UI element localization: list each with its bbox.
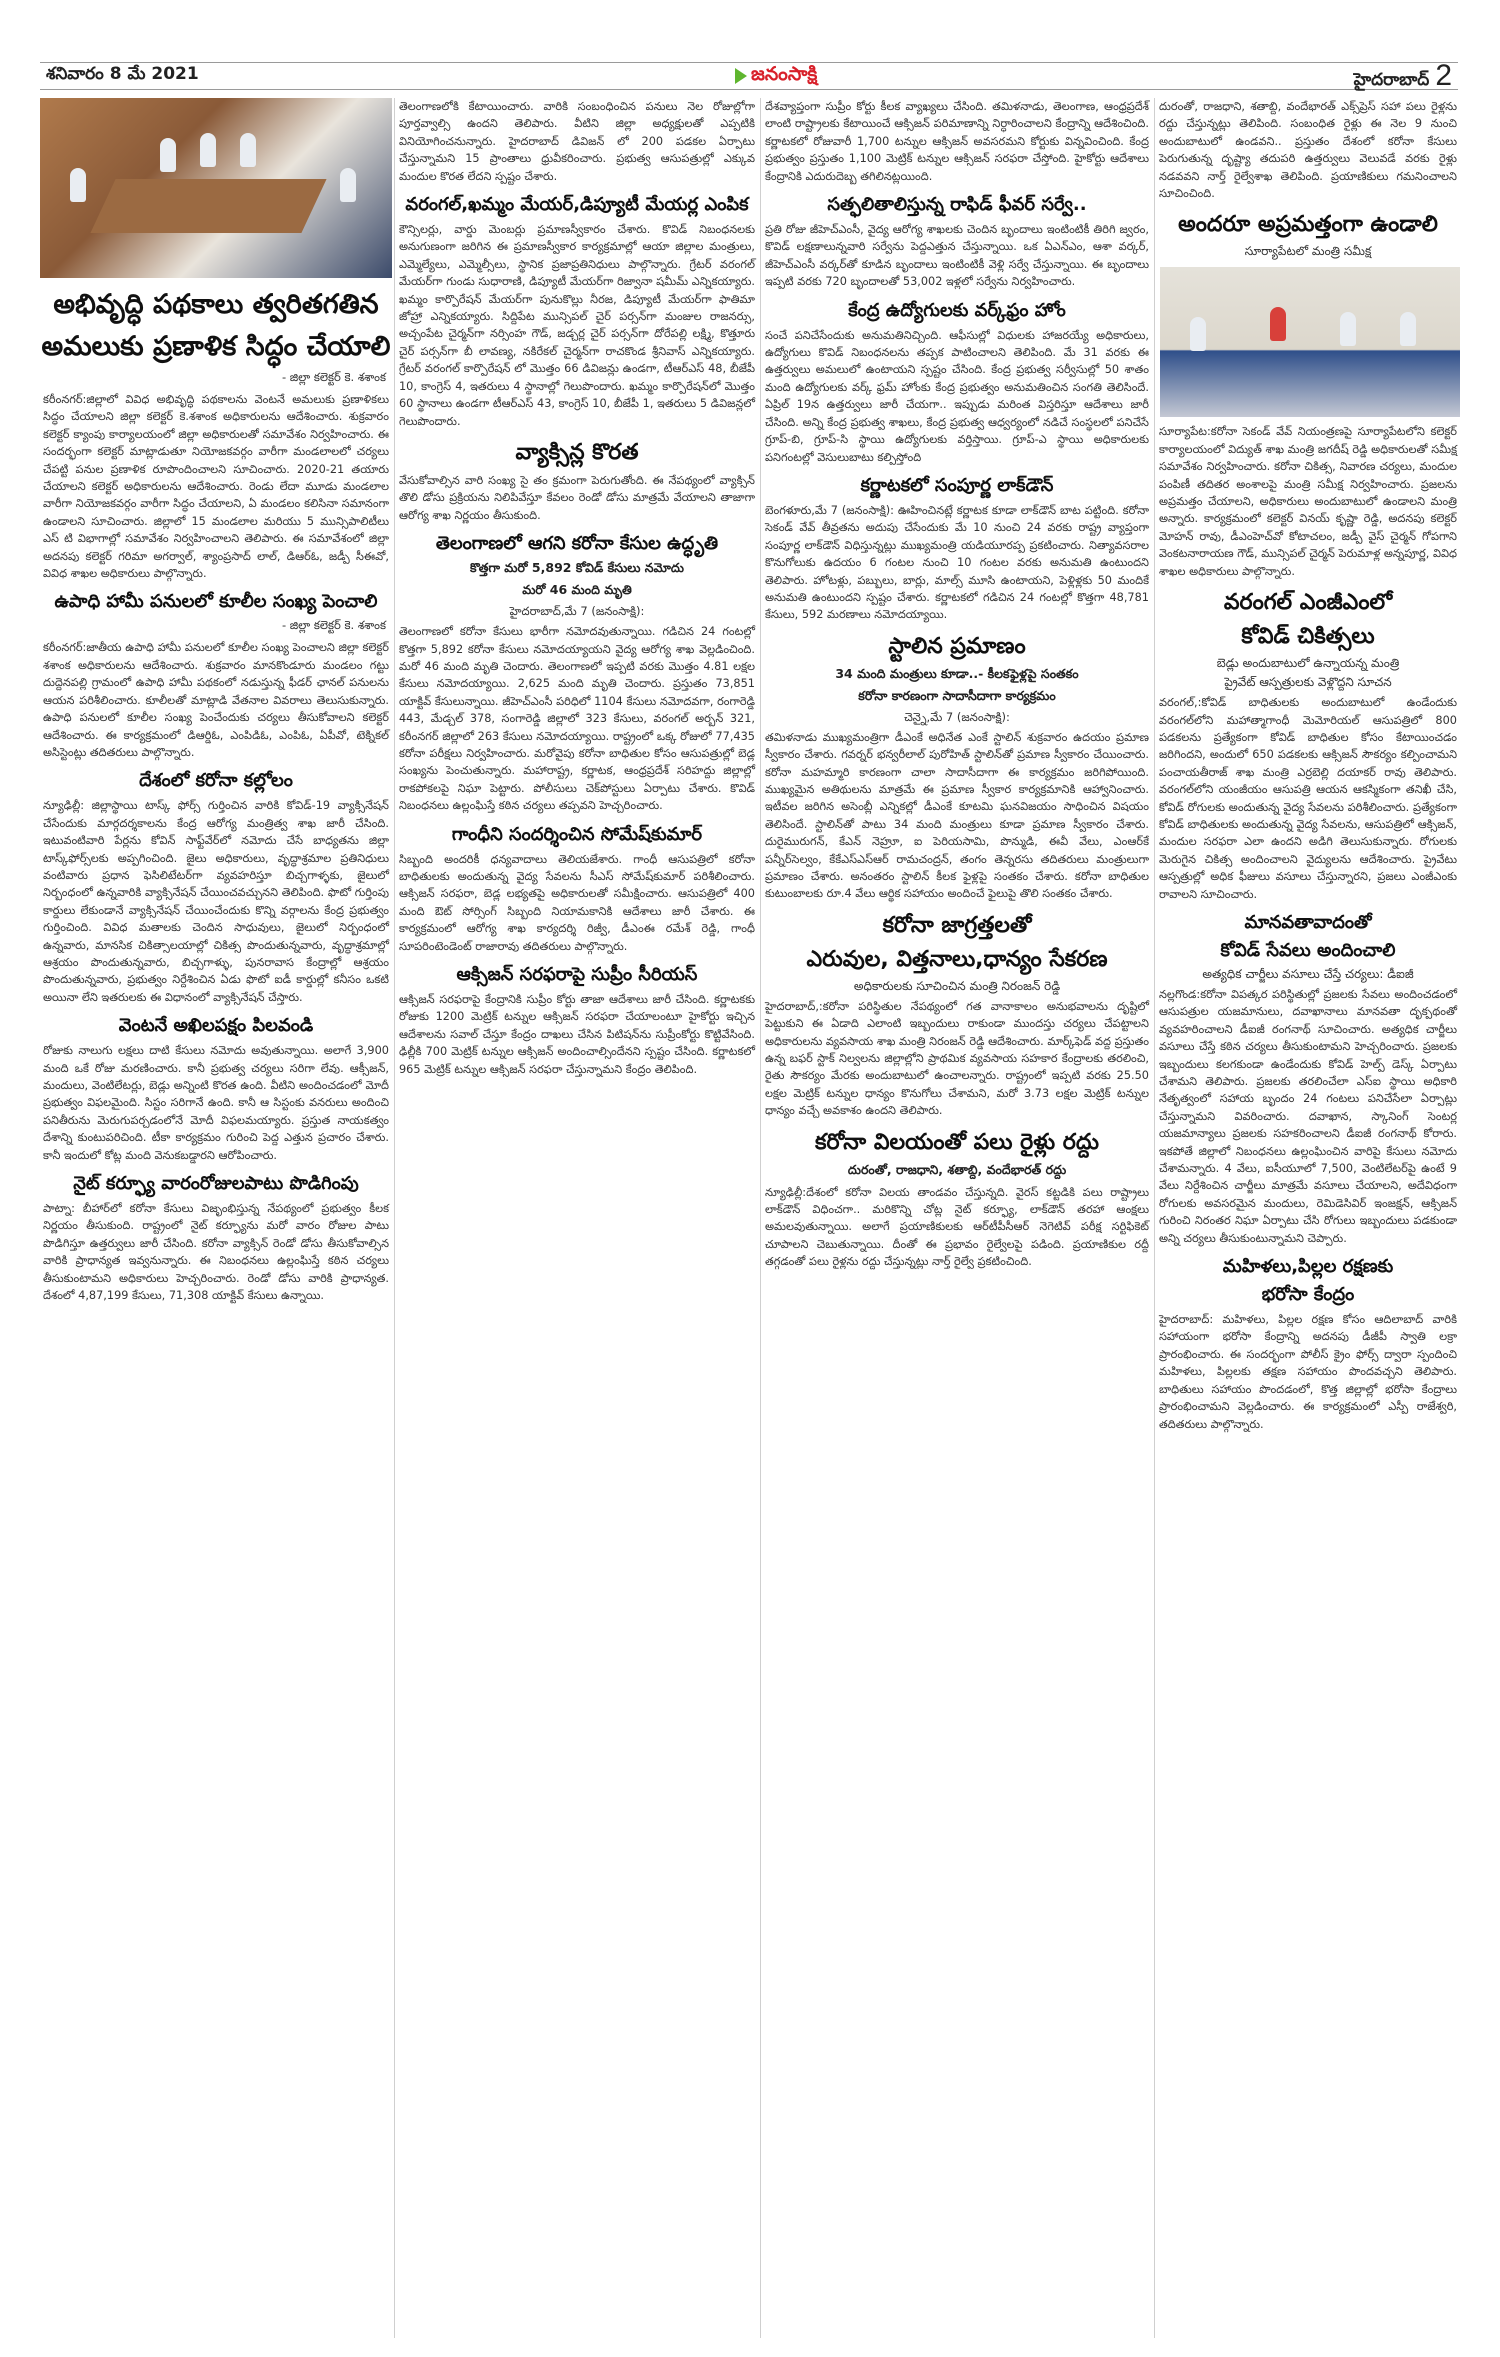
lead-byline: - జిల్లా కలెక్టర్ కె. శశాంక <box>46 370 386 387</box>
article-work-from-home[interactable]: కేంద్ర ఉద్యోగులకు వర్క్‌ఫ్రం హోం సంచే పన… <box>762 299 1152 466</box>
headline: కర్ణాటకలో సంపూర్ణ లాక్‌డౌన్ <box>762 474 1152 498</box>
review-photo[interactable] <box>1160 267 1460 417</box>
page-number: 2 <box>1435 59 1452 93</box>
article-body: కౌన్సిలర్లు, వార్డు మెంబర్లు ప్రమాణస్వీక… <box>399 221 755 430</box>
article-body: తమిళనాడు ముఖ్యమంత్రిగా డీఎంకే అధినేత ఎంక… <box>765 729 1149 903</box>
photo-person <box>1270 307 1286 341</box>
column-divider <box>1154 98 1155 2338</box>
photo-person <box>1340 312 1356 346</box>
article-body: పాట్నా: బీహార్‌లో కరోనా కేసులు విజృంభిస్… <box>43 1200 389 1304</box>
article-body: హైదరాబాద్: మహిళలు, పిల్లల రక్షణ కోసం ఆది… <box>1159 1311 1457 1433</box>
lead-body: కరీంనగర్:జిల్లాలో వివిధ అభివృద్ధి పథకాలన… <box>43 391 389 582</box>
subheadline: కొత్తగా మరో 5,892 కోవిడ్ కేసులు నమోదు <box>396 560 758 579</box>
headline-2: కోవిడ్ సేవలు అందించాలి <box>1156 939 1460 963</box>
subheadline: ప్రైవేట్ ఆస్పత్రులకు వెళ్లొద్దని సూచన <box>1156 675 1460 692</box>
subheadline: అత్యధిక చార్జీలు వసూలు చేస్తే చర్యలు: డీ… <box>1156 967 1460 984</box>
headline-1: మానవతావాదంతో <box>1156 911 1460 935</box>
article-upadhi-hami[interactable]: ఉపాధి హామీ పనులలో కూలీల సంఖ్య పెంచాలి - … <box>40 590 392 761</box>
article-telangana-cases[interactable]: తెలంగాణలో ఆగని కరోనా కేసుల ఉద్ధృతి కొత్త… <box>396 532 758 814</box>
lead-headline-1: అభివృద్ధి పథకాలు త్వరితగతిన <box>40 286 392 324</box>
headline: ఆక్సిజన్ సరఫరాపై సుప్రీం సీరియస్ <box>396 963 758 987</box>
logo-triangle-icon <box>735 68 747 84</box>
article-trains-cancelled[interactable]: కరోనా విలయంతో పలు రైళ్లు రద్దు దురంతో, ర… <box>762 1128 1152 1271</box>
article-humanitarian-services[interactable]: మానవతావాదంతో కోవిడ్ సేవలు అందించాలి అత్య… <box>1156 911 1460 1247</box>
photo-table-shape <box>91 179 327 233</box>
article-karnataka-lockdown[interactable]: కర్ణాటకలో సంపూర్ణ లాక్‌డౌన్ బెంగళూరు,మే … <box>762 474 1152 624</box>
article-body: ఆక్సిజన్ సరఫరాపై కేంద్రానికి సుప్రీం కోర… <box>399 991 755 1078</box>
article-mgm-covid[interactable]: వరంగల్ ఎంజీఎంలో కోవిడ్ చికిత్సలు బెడ్లు … <box>1156 588 1460 903</box>
article-night-curfew[interactable]: నైట్ కర్ఫ్యూ వారంరోజులపాటు పొడిగింపు పాట… <box>40 1172 392 1304</box>
article-body: రోజుకు నాలుగు లక్షలు దాటి కేసులు నమోదు అ… <box>43 1042 389 1164</box>
article-corona-turmoil[interactable]: దేశంలో కరోనా కల్లోలం న్యూఢిల్లీ: జిల్లాస… <box>40 769 392 1006</box>
headline-2: ఎరువుల, విత్తనాలు,ధాన్యం సేకరణ <box>762 945 1152 975</box>
subheadline: 34 మంది మంత్రులు కూడా..- కీలకఫైళ్లపై సంత… <box>762 666 1152 685</box>
subheadline: దురంతో, రాజధాని, శతాబ్ది, వందేభారత్ రద్ద… <box>762 1162 1152 1181</box>
headline-1: వరంగల్ ఎంజీఎంలో <box>1156 588 1460 618</box>
headline: సత్ఫలితాలిస్తున్న రాఫిడ్ ఫీవర్ సర్వే.. <box>762 193 1152 217</box>
edition-info: హైదరాబాద్ 2 <box>1354 59 1452 94</box>
column-2: తెలంగాణలోకి కేటాయించారు. వారికి సంబంధించ… <box>396 98 758 2338</box>
headline: కరోనా విలయంతో పలు రైళ్లు రద్దు <box>762 1128 1152 1158</box>
article-body: సిబ్బంది అందరికీ ధన్యవాదాలు తెలియజేశారు.… <box>399 851 755 955</box>
article-stalin-oath[interactable]: స్టాలిన ప్రమాణం 34 మంది మంత్రులు కూడా..-… <box>762 632 1152 903</box>
headline: వెంటనే అఖిలపక్షం పిలవండి <box>40 1014 392 1038</box>
article-body: కరీంనగర్:జాతీయ ఉపాధి హామీ పనులలో కూలీల స… <box>43 639 389 761</box>
article-body: సూర్యాపేట:కరోనా సెకండ్ వేవ్ నియంత్రణపై స… <box>1159 423 1457 580</box>
byline: - జిల్లా కలెక్టర్ కె. శశాంక <box>46 618 386 635</box>
masthead: శనివారం 8 మే 2021 జనంసాక్షి హైదరాబాద్ 2 <box>40 62 1458 90</box>
photo-person <box>160 138 176 172</box>
headline: వ్యాక్సిన్ల కొరత <box>396 438 758 468</box>
subheadline: సూర్యాపేటలో మంత్రి సమీక్ష <box>1156 244 1460 261</box>
column-divider <box>760 98 761 2338</box>
column-1: అభివృద్ధి పథకాలు త్వరితగతిన అమలుకు ప్రణా… <box>40 98 392 2338</box>
headline: గాంధీని సందర్శించిన సోమేష్‌కుమార్ <box>396 823 758 847</box>
article-body: ప్రతి రోజు జీహెచ్ఎంసీ, వైద్య ఆరోగ్య శాఖల… <box>765 221 1149 291</box>
article-fertilizer-procurement[interactable]: కరోనా జాగ్రత్తలతో ఎరువుల, విత్తనాలు,ధాన్… <box>762 911 1152 1120</box>
issue-date: శనివారం 8 మే 2021 <box>46 64 199 88</box>
article-supreme-oxygen[interactable]: ఆక్సిజన్ సరఫరాపై సుప్రీం సీరియస్ ఆక్సిజన… <box>396 963 758 1078</box>
lead-headline-2: అమలుకు ప్రణాళిక సిద్ధం చేయాలి <box>40 328 392 366</box>
column-4: దురంతో, రాజధాని, శతాబ్ది, వందేభారత్ ఎక్స… <box>1156 98 1460 2338</box>
lead-photo[interactable] <box>40 98 392 278</box>
subheadline: అధికారులకు సూచించిన మంత్రి నిరంజన్ రెడ్డ… <box>762 979 1152 996</box>
subheadline: కరోనా కారణంగా సాదాసీదాగా కార్యక్రమం <box>762 688 1152 707</box>
subheadline: మరో 46 మంది మృతి <box>396 582 758 601</box>
headline: నైట్ కర్ఫ్యూ వారంరోజులపాటు పొడిగింపు <box>40 1172 392 1196</box>
article-minister-review[interactable]: అందరూ అప్రమత్తంగా ఉండాలి సూర్యాపేటలో మంత… <box>1156 210 1460 580</box>
article-fever-survey[interactable]: సత్ఫలితాలిస్తున్న రాఫిడ్ ఫీవర్ సర్వే.. ప… <box>762 193 1152 291</box>
photo-person <box>240 133 256 167</box>
article-body: న్యూఢిల్లీ:దేశంలో కరోనా విలయ తాండవం చేస్… <box>765 1184 1149 1271</box>
photo-person <box>1190 317 1206 351</box>
headline: ఉపాధి హామీ పనులలో కూలీల సంఖ్య పెంచాలి <box>40 590 392 614</box>
article-body: తెలంగాణలో కరోనా కేసులు భారీగా నమోదవుతున్… <box>399 623 755 814</box>
article-body: సంచే పనిచేసేందుకు అనుమతినిచ్చింది. ఆఫీసు… <box>765 327 1149 466</box>
subheadline: బెడ్లు అందుబాటులో ఉన్నాయన్న మంత్రి <box>1156 656 1460 673</box>
article-continued[interactable]: దేశవ్యాప్తంగా సుప్రీం కోర్టు కీలక వ్యాఖ్… <box>762 98 1152 185</box>
headline-2: కోవిడ్ చికిత్సలు <box>1156 622 1460 652</box>
dateline: హైదరాబాద్,మే 7 (జనంసాక్షి): <box>396 604 758 621</box>
headline-1: కరోనా జాగ్రత్తలతో <box>762 911 1152 941</box>
headline-1: మహిళలు,పిల్లల రక్షణకు <box>1156 1255 1460 1279</box>
logo-text: జనంసాక్షి <box>751 63 817 90</box>
article-body: తెలంగాణలోకి కేటాయించారు. వారికి సంబంధించ… <box>399 98 755 185</box>
article-body: న్యూఢిల్లీ: జిల్లాస్థాయి టాస్క్ ఫోర్స్ గ… <box>43 797 389 1006</box>
article-development-schemes[interactable]: అభివృద్ధి పథకాలు త్వరితగతిన అమలుకు ప్రణా… <box>40 286 392 582</box>
article-mayor-election[interactable]: వరంగల్,ఖమ్మం మేయర్,డిప్యూటీ మేయర్ల ఎంపిక… <box>396 193 758 430</box>
article-body: వరంగల్,:కోవిడ్ బాధితులకు అందుబాటులో ఉండే… <box>1159 694 1457 903</box>
headline: స్టాలిన ప్రమాణం <box>762 632 1152 662</box>
article-all-party-meeting[interactable]: వెంటనే అఖిలపక్షం పిలవండి రోజుకు నాలుగు ల… <box>40 1014 392 1164</box>
article-body: దేశవ్యాప్తంగా సుప్రీం కోర్టు కీలక వ్యాఖ్… <box>765 98 1149 185</box>
column-3: దేశవ్యాప్తంగా సుప్రీం కోర్టు కీలక వ్యాఖ్… <box>762 98 1152 2338</box>
dateline: చెన్నై,మే 7 (జనంసాక్షి): <box>762 710 1152 727</box>
column-divider <box>394 98 395 2338</box>
edition-city: హైదరాబాద్ <box>1354 70 1430 94</box>
photo-person <box>340 168 356 202</box>
photo-person <box>70 168 86 202</box>
article-body: వేసుకోవాల్సిన వారి సంఖ్య సై తం క్రమంగా ప… <box>399 472 755 524</box>
article-continued[interactable]: దురంతో, రాజధాని, శతాబ్ది, వందేభారత్ ఎక్స… <box>1156 98 1460 202</box>
article-body: హైదరాబాద్,:కరోనా పరిస్థితుల నేపథ్యంలో గత… <box>765 998 1149 1120</box>
newspaper-logo[interactable]: జనంసాక్షి <box>735 63 817 90</box>
article-bharosa-centre[interactable]: మహిళలు,పిల్లల రక్షణకు భరోసా కేంద్రం హైదర… <box>1156 1255 1460 1433</box>
headline-2: భరోసా కేంద్రం <box>1156 1283 1460 1307</box>
article-body: బెంగళూరు,మే 7 (జనంసాక్షి): ఊహించినట్లే క… <box>765 502 1149 624</box>
photo-person <box>1400 312 1416 346</box>
headline: అందరూ అప్రమత్తంగా ఉండాలి <box>1156 210 1460 240</box>
headline: తెలంగాణలో ఆగని కరోనా కేసుల ఉద్ధృతి <box>396 532 758 556</box>
headline: వరంగల్,ఖమ్మం మేయర్,డిప్యూటీ మేయర్ల ఎంపిక <box>396 193 758 217</box>
article-vaccine-shortage[interactable]: వ్యాక్సిన్ల కొరత వేసుకోవాల్సిన వారి సంఖ్… <box>396 438 758 524</box>
article-body: నల్లగొండ:కరోనా విపత్కర పరిస్థితుల్లో ప్ర… <box>1159 986 1457 1247</box>
headline: కేంద్ర ఉద్యోగులకు వర్క్‌ఫ్రం హోం <box>762 299 1152 323</box>
article-body: దురంతో, రాజధాని, శతాబ్ది, వందేభారత్ ఎక్స… <box>1159 98 1457 202</box>
article-gandhi-hospital-visit[interactable]: గాంధీని సందర్శించిన సోమేష్‌కుమార్ సిబ్బం… <box>396 823 758 955</box>
headline: దేశంలో కరోనా కల్లోలం <box>40 769 392 793</box>
article-continued[interactable]: తెలంగాణలోకి కేటాయించారు. వారికి సంబంధించ… <box>396 98 758 185</box>
photo-person <box>200 133 216 167</box>
